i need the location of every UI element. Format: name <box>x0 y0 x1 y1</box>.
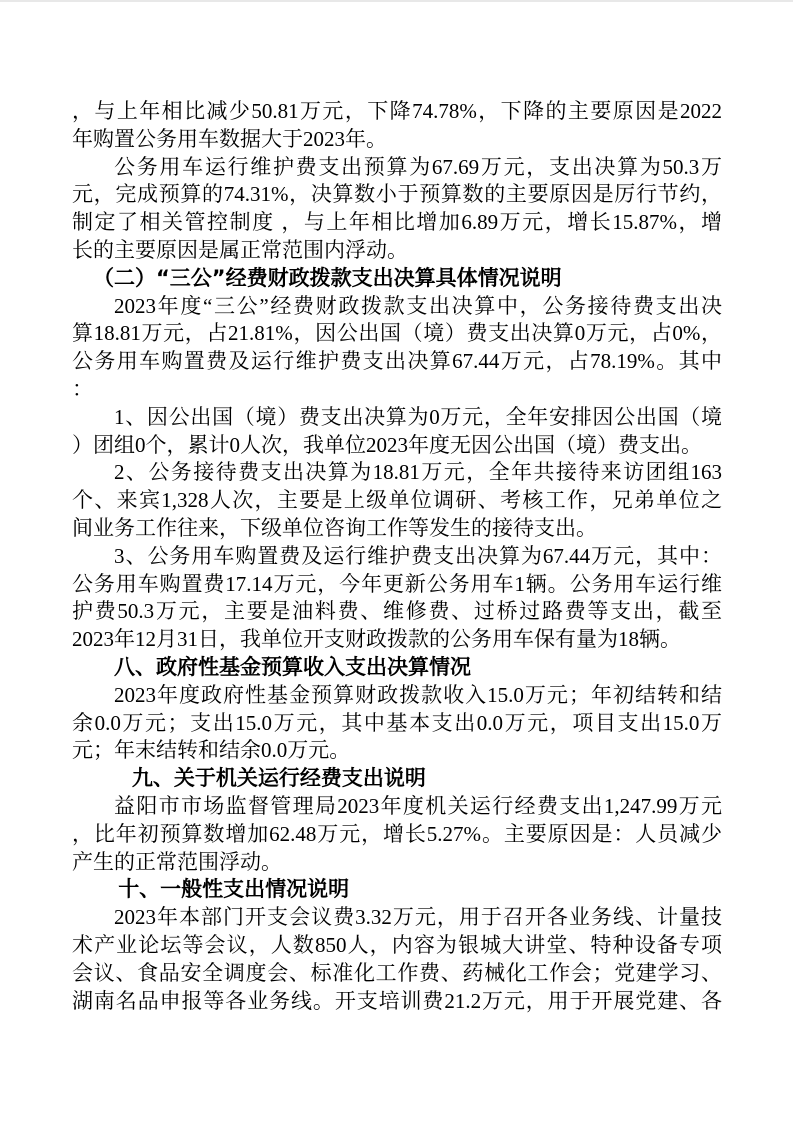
text-line: 元；年末结转和结余0.0万元。 <box>72 737 722 765</box>
text-line: 2023年度“三公”经费财政拨款支出决算中，公务接待费支出决 <box>72 293 722 321</box>
text-line: ： <box>72 376 722 404</box>
text-line: 3、公务用车购置费及运行维护费支出决算为67.44万元，其中： <box>72 543 722 571</box>
text-line: 个、来宾1,328人次，主要是上级单位调研、考核工作，兄弟单位之 <box>72 487 722 515</box>
text-line: 术产业论坛等会议，人数850人，内容为银城大讲堂、特种设备专项 <box>72 932 722 960</box>
text-line: ，比年初预算数增加62.48万元，增长5.27%。主要原因是：人员减少 <box>72 821 722 849</box>
section-heading: （二）“三公”经费财政拨款支出决算具体情况说明 <box>72 265 722 293</box>
text-line: 公务用车购置费及运行维护费支出决算67.44万元，占78.19%。其中 <box>72 348 722 376</box>
text-line: 产生的正常范围浮动。 <box>72 849 722 877</box>
section-heading: 八、政府性基金预算收入支出决算情况 <box>72 654 722 682</box>
text-line: 公务用车运行维护费支出预算为67.69万元，支出决算为50.3万 <box>72 154 722 182</box>
text-line: 算18.81万元，占21.81%，因公出国（境）费支出决算0万元，占0%， <box>72 320 722 348</box>
text-line: 湖南名品申报等各业务线。开支培训费21.2万元，用于开展党建、各 <box>72 988 722 1016</box>
section-heading: 九、关于机关运行经费支出说明 <box>72 765 722 793</box>
document-page: ，与上年相比减少50.81万元，下降74.78%，下降的主要原因是2022年购置… <box>0 0 793 1122</box>
text-line: 1、因公出国（境）费支出决算为0万元，全年安排因公出国（境 <box>72 404 722 432</box>
text-line: 元，完成预算的74.31%，决算数小于预算数的主要原因是厉行节约， <box>72 181 722 209</box>
text-line: 护费50.3万元，主要是油料费、维修费、过桥过路费等支出，截至 <box>72 598 722 626</box>
section-heading: 十、一般性支出情况说明 <box>72 876 722 904</box>
text-line: 制定了相关管控制度 ，与上年相比增加6.89万元，增长15.87%，增 <box>72 209 722 237</box>
text-line: 公务用车购置费17.14万元，今年更新公务用车1辆。公务用车运行维 <box>72 571 722 599</box>
text-line: ，与上年相比减少50.81万元，下降74.78%，下降的主要原因是2022 <box>72 98 722 126</box>
document-text-block: ，与上年相比减少50.81万元，下降74.78%，下降的主要原因是2022年购置… <box>72 98 722 1015</box>
text-line: 长的主要原因是属正常范围内浮动。 <box>72 237 722 265</box>
text-line: 2023年度政府性基金预算财政拨款收入15.0万元；年初结转和结 <box>72 682 722 710</box>
text-line: 间业务工作往来，下级单位咨询工作等发生的接待支出。 <box>72 515 722 543</box>
text-line: 年购置公务用车数据大于2023年。 <box>72 126 722 154</box>
text-line: 2023年12月31日，我单位开支财政拨款的公务用车保有量为18辆。 <box>72 626 722 654</box>
text-line: 益阳市市场监督管理局2023年度机关运行经费支出1,247.99万元 <box>72 793 722 821</box>
text-line: 余0.0万元；支出15.0万元，其中基本支出0.0万元，项目支出15.0万 <box>72 710 722 738</box>
text-line: ）团组0个，累计0人次，我单位2023年度无因公出国（境）费支出。 <box>72 432 722 460</box>
text-line: 会议、食品安全调度会、标准化工作费、药械化工作会；党建学习、 <box>72 960 722 988</box>
text-line: 2、公务接待费支出决算为18.81万元，全年共接待来访团组163 <box>72 459 722 487</box>
text-line: 2023年本部门开支会议费3.32万元，用于召开各业务线、计量技 <box>72 904 722 932</box>
